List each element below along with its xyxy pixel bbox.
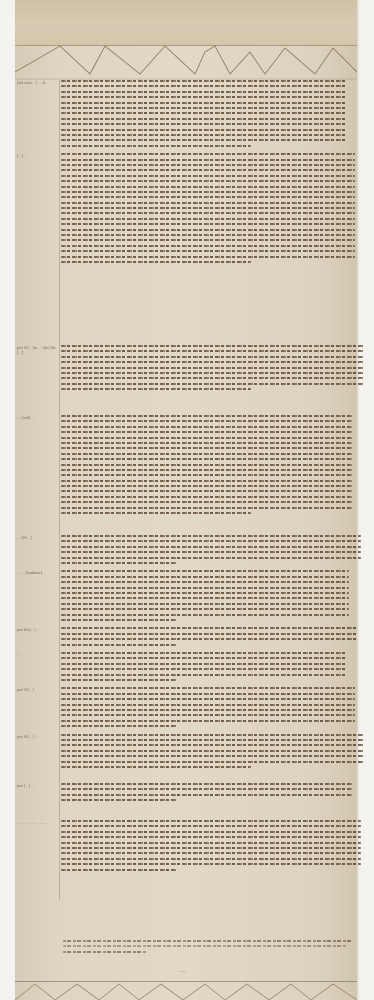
- text-line: [61, 180, 355, 182]
- text-line: [61, 725, 177, 727]
- text-line: [61, 218, 355, 220]
- text-line: [61, 464, 352, 466]
- text-line: [61, 383, 364, 385]
- text-line: [61, 709, 355, 711]
- text-line: [61, 674, 346, 676]
- marginal-annotation: …: [17, 653, 57, 658]
- marginal-annotation: […] …: [17, 154, 57, 159]
- text-line: [61, 447, 352, 449]
- text-line: [61, 597, 349, 599]
- text-line: [61, 91, 346, 93]
- text-line: [61, 783, 352, 785]
- text-line: [61, 377, 364, 379]
- text-line: [61, 633, 358, 635]
- text-line: [61, 372, 364, 374]
- text-line: [61, 734, 364, 736]
- text-line: [61, 415, 352, 417]
- marginal-annotation: … [sed] …: [17, 416, 57, 421]
- text-line: [61, 169, 355, 171]
- text-line: [61, 698, 355, 700]
- text-line: [61, 557, 361, 559]
- text-line: [61, 592, 349, 594]
- text-line: [61, 546, 361, 548]
- text-line: [61, 239, 355, 241]
- text-line: [61, 196, 355, 198]
- left-margin-rule: [15, 80, 60, 900]
- text-line: [61, 212, 355, 214]
- marginal-annotation: … … [mittitur]: [17, 571, 57, 576]
- text-line: [61, 437, 352, 439]
- marginal-annotation: … … … … … … …: [17, 821, 57, 826]
- text-line: [61, 164, 355, 166]
- text-line: [61, 431, 352, 433]
- text-line: [61, 581, 349, 583]
- text-line: [61, 638, 358, 640]
- text-line: [61, 535, 361, 537]
- roll-entry: [61, 345, 367, 394]
- text-line: [61, 85, 346, 87]
- text-line: [61, 234, 355, 236]
- text-line: [61, 134, 346, 136]
- text-line: [61, 657, 346, 659]
- marginal-annotation: pro W[…] …: [17, 735, 57, 740]
- text-line: [61, 693, 355, 695]
- text-line: [61, 755, 364, 757]
- text-line: [61, 619, 177, 621]
- text-line: [61, 107, 346, 109]
- marginal-annotation: pro Ric[…] …: [17, 628, 57, 633]
- text-line: [61, 356, 364, 358]
- text-line: [61, 794, 352, 796]
- text-line: [61, 186, 355, 188]
- text-line: [61, 202, 355, 204]
- text-line: [61, 485, 352, 487]
- text-line: [61, 687, 355, 689]
- text-line: [61, 453, 352, 455]
- text-line: [61, 507, 352, 509]
- marginal-annotation: [Ad cons…] … R…: [17, 81, 57, 86]
- marginal-annotation: … [Pr…]: [17, 536, 57, 541]
- text-line: [61, 576, 349, 578]
- text-line: [61, 245, 355, 247]
- text-line: [61, 652, 346, 654]
- roll-entry: [61, 570, 367, 624]
- text-line: [61, 761, 364, 763]
- roll-entry: [61, 80, 367, 150]
- text-line: [61, 139, 346, 141]
- text-line: [61, 644, 177, 646]
- text-line: [61, 863, 361, 865]
- text-line: [61, 490, 352, 492]
- text-line: [61, 250, 355, 252]
- text-line: [61, 668, 346, 670]
- text-line: [61, 261, 251, 263]
- text-line: [61, 570, 349, 572]
- text-line: [61, 663, 346, 665]
- roll-entry: [61, 820, 367, 874]
- roll-entry: [61, 734, 367, 772]
- parchment-roll: [Ad cons…] … R…[…] …pro W[…]to … [de] Ri…: [15, 0, 357, 1000]
- roll-entry: [61, 783, 367, 805]
- text-line: [61, 540, 361, 542]
- closing-signature: …: [180, 967, 186, 974]
- text-line: [61, 847, 361, 849]
- text-line: [61, 714, 355, 716]
- closing-note: [63, 940, 359, 956]
- top-indenture-cut: [15, 44, 357, 80]
- text-line: [61, 388, 251, 390]
- text-line: [61, 587, 349, 589]
- text-line: [61, 474, 352, 476]
- text-line: [61, 496, 352, 498]
- text-line: [61, 858, 361, 860]
- roll-entry: [61, 627, 367, 649]
- text-line: [61, 720, 355, 722]
- roll-entry: [61, 153, 367, 266]
- text-line: [61, 207, 355, 209]
- text-line: [61, 603, 349, 605]
- text-line: [61, 426, 352, 428]
- text-line: [61, 223, 355, 225]
- roll-entry: [61, 415, 367, 517]
- text-line: [61, 145, 251, 147]
- text-line: [61, 159, 355, 161]
- text-line: [61, 836, 361, 838]
- text-line: [61, 852, 361, 854]
- text-line: [61, 679, 177, 681]
- text-line: [61, 512, 251, 514]
- text-line: [61, 831, 361, 833]
- text-line: [61, 112, 346, 114]
- text-line: [61, 229, 355, 231]
- text-line: [61, 420, 352, 422]
- text-line: [61, 175, 355, 177]
- text-line: [61, 842, 361, 844]
- text-line: [61, 614, 349, 616]
- text-line: [61, 96, 346, 98]
- marginal-annotation: pro W[…]: [17, 688, 57, 693]
- text-line: [61, 799, 177, 801]
- text-line: [61, 129, 346, 131]
- text-line: [61, 551, 361, 553]
- text-line: [61, 367, 364, 369]
- text-line: [61, 869, 177, 871]
- marginal-annotation: pro W[…]to … [de] Ric[…]: [17, 346, 57, 355]
- text-line: [61, 102, 346, 104]
- text-line: [61, 820, 361, 822]
- text-line: [61, 788, 352, 790]
- text-line: [61, 739, 364, 741]
- text-line: [61, 123, 346, 125]
- text-line: [61, 153, 355, 155]
- text-line: [61, 627, 358, 629]
- text-line: [61, 562, 177, 564]
- text-line: [61, 469, 352, 471]
- text-line: [61, 350, 364, 352]
- roll-entry: [61, 652, 367, 684]
- marginal-annotation: pro […] …: [17, 784, 57, 789]
- text-line: [61, 361, 364, 363]
- top-flap: [15, 0, 357, 46]
- text-line: [61, 750, 364, 752]
- roll-entry: [61, 687, 367, 730]
- text-line: [61, 608, 349, 610]
- text-line: [61, 118, 346, 120]
- text-line: [61, 825, 361, 827]
- text-line: [61, 256, 355, 258]
- text-line: [61, 442, 352, 444]
- text-line: [61, 191, 355, 193]
- text-line: [61, 766, 251, 768]
- text-line: [61, 480, 352, 482]
- text-line: [61, 458, 352, 460]
- text-line: [61, 345, 364, 347]
- text-line: [61, 704, 355, 706]
- bottom-indenture-cut: [15, 982, 357, 1000]
- roll-entry: [61, 535, 367, 567]
- text-line: [61, 744, 364, 746]
- text-line: [61, 80, 346, 82]
- text-line: [61, 501, 352, 503]
